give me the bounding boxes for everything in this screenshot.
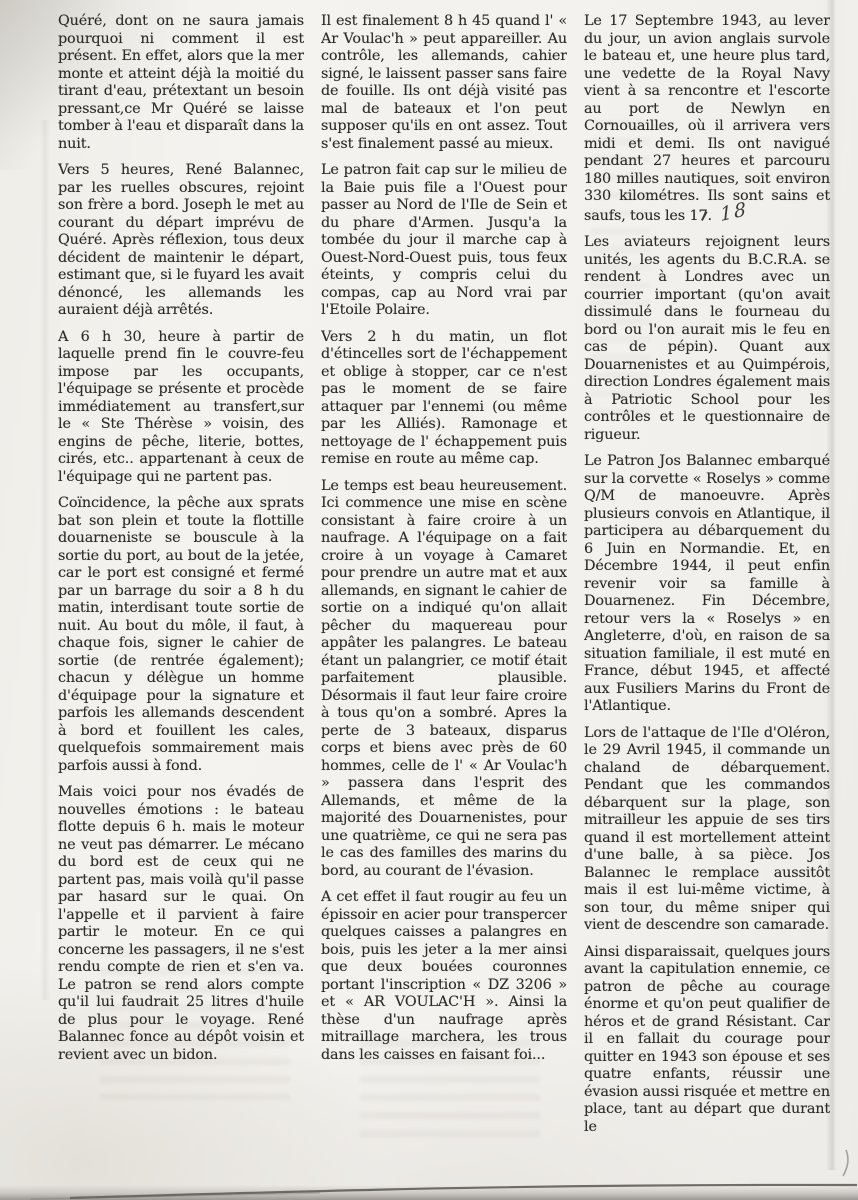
scan-bottom-shadow [0,1185,858,1200]
paragraph: Le patron fait cap sur le milieu de la B… [321,162,567,320]
paragraph: Lors de l'attaque de l'Ile d'Oléron, le … [584,725,830,935]
paragraph: Quéré, dont on ne saura jamais pourquoi … [58,13,304,153]
paragraph: Vers 2 h du matin, un flot d'étincelles … [321,329,567,469]
column-1: Quéré, dont on ne saura jamais pourquoi … [58,13,304,1145]
paragraph: A cet effet il faut rougir au feu un épi… [321,889,567,1064]
ink-mark [843,1150,848,1176]
paragraph: Les aviateurs rejoignent leurs unités, l… [584,234,830,444]
paragraph: Coïncidence, la pêche aux sprats bat son… [58,495,304,775]
paragraph-text: Le 17 Septembre 1943, au lever du jour, … [584,13,830,224]
paragraph: A 6 h 30, heure à partir de laquelle pre… [58,329,304,487]
handwritten-correction: 18 [720,201,749,224]
scanned-page: Quéré, dont on ne saura jamais pourquoi … [0,0,858,1200]
paragraph: Le temps est beau heureusement. Ici comm… [321,478,567,881]
struck-number: 17. [689,208,711,224]
paragraph: Le 17 Septembre 1943, au lever du jour, … [584,13,830,225]
paragraph: Vers 5 heures, René Balannec, par les ru… [58,162,304,320]
paragraph: Mais voici pour nos évadés de nouvelles … [58,784,304,1064]
column-2: Il est finalement 8 h 45 quand l' « Ar V… [321,13,567,1145]
paragraph: Ainsi disparaissait, quelques jours avan… [584,944,830,1137]
article-body: Quéré, dont on ne saura jamais pourquoi … [58,13,830,1145]
paragraph: Le Patron Jos Balannec embarqué sur la c… [584,453,830,716]
column-3: Le 17 Septembre 1943, au lever du jour, … [584,13,830,1145]
paragraph: Il est finalement 8 h 45 quand l' « Ar V… [321,13,567,153]
paper-crease [40,120,50,1000]
